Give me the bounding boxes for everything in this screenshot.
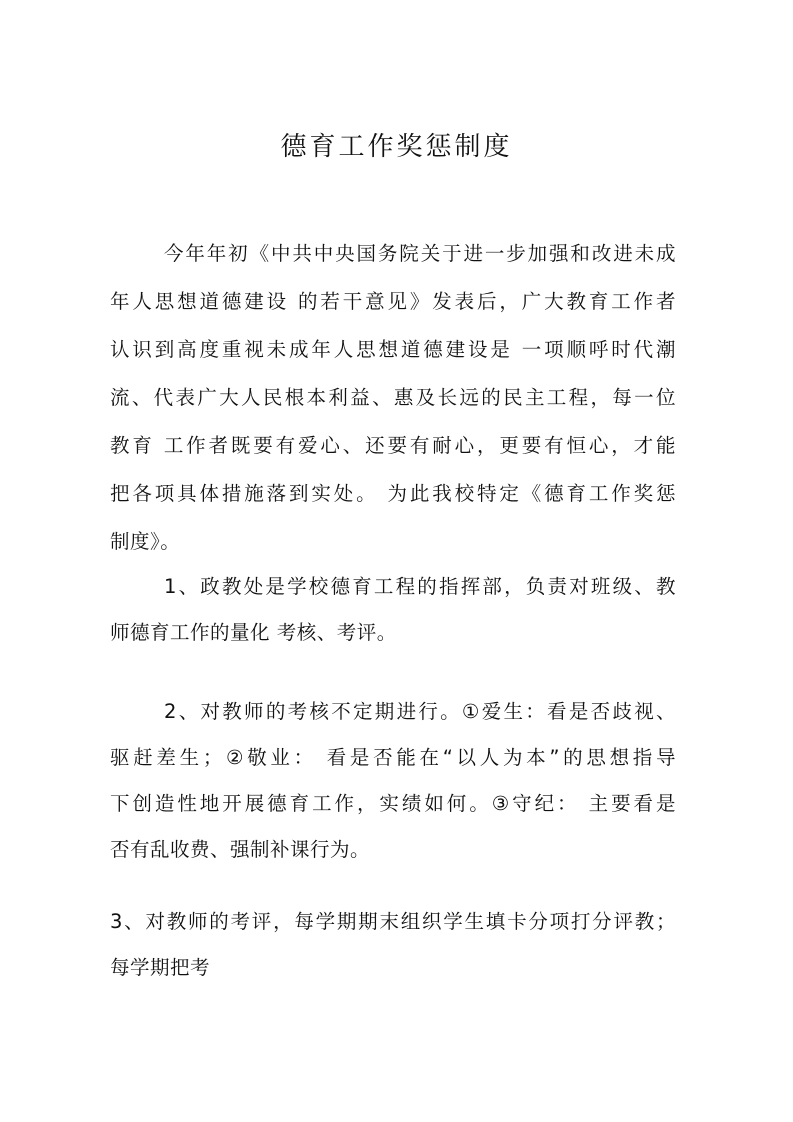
- text-line: 下创造性地开展德育工作，实绩如何。③守纪： 主要看是: [110, 792, 676, 816]
- text-line: 师德育工作的量化 考核、考评。: [110, 621, 676, 645]
- text-line: 流、代表广大人民根本利益、惠及长远的民主工程，每一位: [110, 386, 676, 410]
- document-title: 德育工作奖惩制度: [0, 126, 793, 163]
- text-line: 3、对教师的考评，每学期期末组织学生填卡分项打分评教；: [110, 910, 676, 934]
- text-line: 驱赶差生；②敬业： 看是否能在“以人为本”的思想指导: [110, 746, 676, 770]
- text-line: 每学期把考: [110, 956, 676, 980]
- text-line: 认识到高度重视未成年人思想道德建设是 一项顺呼时代潮: [110, 338, 676, 362]
- text-line: 2、对教师的考核不定期进行。①爱生：看是否歧视、: [164, 700, 676, 724]
- text-line: 今年年初《中共中央国务院关于进一步加强和改进未成: [164, 242, 676, 266]
- text-line: 制度》。: [110, 530, 676, 554]
- text-line: 1、政教处是学校德育工程的指挥部，负责对班级、教: [164, 575, 676, 599]
- text-line: 把各项具体措施落到实处。 为此我校特定《德育工作奖惩: [110, 482, 676, 506]
- text-line: 否有乱收费、强制补课行为。: [110, 838, 676, 862]
- text-line: 年人思想道德建设 的若干意见》发表后，广大教育工作者: [110, 290, 676, 314]
- text-line: 教育 工作者既要有爱心、还要有耐心，更要有恒心，才能: [110, 434, 676, 458]
